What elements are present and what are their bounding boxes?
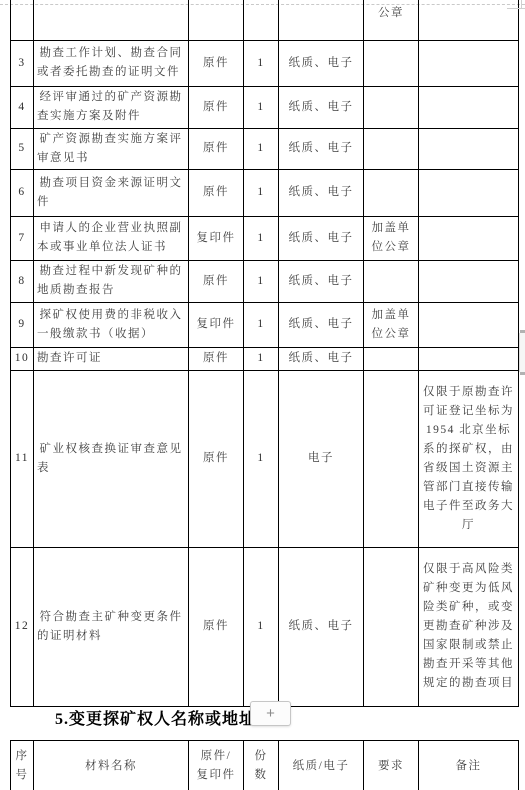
cell-material-name: 勘查过程中新发现矿种的地质勘查报告 [34, 260, 189, 302]
cell-material-name: 勘查工作计划、勘查合同或者委托勘查的证明文件 [34, 40, 189, 86]
cell-no: 10 [11, 347, 34, 370]
cell-original-or-copy: 复印件 [189, 216, 244, 260]
cell-requirement [364, 169, 419, 216]
table-row: 3 勘查工作计划、勘查合同或者委托勘查的证明文件 原件 1 纸质、电子 [11, 40, 519, 86]
cell-requirement [364, 370, 419, 547]
table-row: 11 矿业权核查换证审查意见表 原件 1 电子 仅限于原勘查许可证登记坐标为 1… [11, 370, 519, 547]
cell-medium: 纸质、电子 [279, 86, 364, 128]
cell-requirement [364, 347, 419, 370]
next-section-table-header: 序 号 材料名称 原件/ 复印件 份 数 纸质/电子 要求 备注 [10, 740, 519, 790]
cell-no: 5 [11, 128, 34, 169]
cell-copies: 1 [244, 347, 279, 370]
cell-material-name: 申请人的企业营业执照副本或事业单位法人证书 [34, 216, 189, 260]
cell-requirement [364, 547, 419, 706]
table-row: 10 勘查许可证 原件 1 纸质、电子 [11, 347, 519, 370]
cell-medium: 电子 [279, 370, 364, 547]
cell-original-or-copy: 原件 [189, 40, 244, 86]
cell-copies: 1 [244, 86, 279, 128]
cell-requirement: 公章 [364, 0, 419, 40]
table-row-continuation: 公章 [11, 0, 519, 40]
cell-copies: 1 [244, 260, 279, 302]
table-row: 6 勘查项目资金来源证明文件 原件 1 纸质、电子 [11, 169, 519, 216]
table-row: 8 勘查过程中新发现矿种的地质勘查报告 原件 1 纸质、电子 [11, 260, 519, 302]
cell-original-or-copy: 原件 [189, 169, 244, 216]
cell-requirement [364, 40, 419, 86]
cell-requirement [364, 86, 419, 128]
cell-remark [419, 0, 519, 40]
cell-remark [419, 347, 519, 370]
insert-row-plus-button[interactable]: + [250, 701, 291, 726]
cell-remark [419, 86, 519, 128]
cell-requirement [364, 128, 419, 169]
cell-material-name: 符合勘查主矿种变更条件的证明材料 [34, 547, 189, 706]
cell-no: 3 [11, 40, 34, 86]
cell-copies: 1 [244, 547, 279, 706]
cell-remark [419, 260, 519, 302]
cell-no: 12 [11, 547, 34, 706]
cell-material-name: 勘查许可证 [34, 347, 189, 370]
cell-original-or-copy: 原件 [189, 128, 244, 169]
cell-remark [419, 302, 519, 347]
scroll-area-corner-line-vertical [521, 0, 522, 8]
header-cell-requirement: 要求 [364, 741, 419, 790]
cell-remark [419, 216, 519, 260]
header-cell-material-name: 材料名称 [34, 741, 189, 790]
table-row: 9 探矿权使用费的非税收入一般缴款书（收据） 复印件 1 纸质、电子 加盖单位公… [11, 302, 519, 347]
cell-original-or-copy: 原件 [189, 347, 244, 370]
cell-medium: 纸质、电子 [279, 302, 364, 347]
cell-material-name: 矿业权核查换证审查意见表 [34, 370, 189, 547]
cell-no [11, 0, 34, 40]
cell-no: 6 [11, 169, 34, 216]
materials-table: 公章 3 勘查工作计划、勘查合同或者委托勘查的证明文件 原件 1 纸质、电子 4… [10, 0, 519, 707]
cell-no: 7 [11, 216, 34, 260]
table-row: 4 经评审通过的矿产资源勘查实施方案及附件 原件 1 纸质、电子 [11, 86, 519, 128]
cell-medium: 纸质、电子 [279, 128, 364, 169]
cell-no: 4 [11, 86, 34, 128]
cell-medium: 纸质、电子 [279, 260, 364, 302]
cell-no: 8 [11, 260, 34, 302]
cell-original-or-copy: 复印件 [189, 302, 244, 347]
cell-copies: 1 [244, 169, 279, 216]
cell-copies: 1 [244, 216, 279, 260]
cell-medium: 纸质、电子 [279, 169, 364, 216]
scrollbar-thumb[interactable] [519, 333, 525, 372]
cell-medium: 纸质、电子 [279, 547, 364, 706]
table-row: 12 符合勘查主矿种变更条件的证明材料 原件 1 纸质、电子 仅限于高风险类矿种… [11, 547, 519, 706]
cell-remark: 仅限于原勘查许可证登记坐标为 1954 北京坐标系的探矿权，由省级国土资源主管部… [419, 370, 519, 547]
header-cell-original-or-copy: 原件/ 复印件 [189, 741, 244, 790]
header-cell-medium: 纸质/电子 [279, 741, 364, 790]
cell-no: 9 [11, 302, 34, 347]
cell-copies: 1 [244, 128, 279, 169]
cell-original-or-copy [189, 0, 244, 40]
scrollbar-thumb-bottom-cap [520, 372, 525, 375]
cell-original-or-copy: 原件 [189, 86, 244, 128]
header-cell-no: 序 号 [11, 741, 34, 790]
cell-material-name [34, 0, 189, 40]
cell-remark: 仅限于高风险类矿种变更为低风险类矿种，或变更勘查矿种涉及国家限制或禁止勘查开采等… [419, 547, 519, 706]
cell-copies [244, 0, 279, 40]
header-cell-remark: 备注 [419, 741, 519, 790]
cell-requirement [364, 260, 419, 302]
scroll-area-corner-line [507, 8, 525, 9]
cell-original-or-copy: 原件 [189, 370, 244, 547]
header-row: 序 号 材料名称 原件/ 复印件 份 数 纸质/电子 要求 备注 [11, 741, 519, 790]
table-row: 7 申请人的企业营业执照副本或事业单位法人证书 复印件 1 纸质、电子 加盖单位… [11, 216, 519, 260]
cell-copies: 1 [244, 302, 279, 347]
cell-material-name: 勘查项目资金来源证明文件 [34, 169, 189, 216]
section-5-heading: 5.变更探矿权人名称或地址 [55, 706, 256, 729]
cell-requirement: 加盖单位公章 [364, 216, 419, 260]
cell-medium: 纸质、电子 [279, 347, 364, 370]
cell-material-name: 探矿权使用费的非税收入一般缴款书（收据） [34, 302, 189, 347]
cell-copies: 1 [244, 370, 279, 547]
cell-no: 11 [11, 370, 34, 547]
table-row: 5 矿产资源勘查实施方案评审意见书 原件 1 纸质、电子 [11, 128, 519, 169]
cell-original-or-copy: 原件 [189, 260, 244, 302]
cell-medium: 纸质、电子 [279, 40, 364, 86]
header-cell-copies: 份 数 [244, 741, 279, 790]
cell-remark [419, 40, 519, 86]
cell-material-name: 矿产资源勘查实施方案评审意见书 [34, 128, 189, 169]
cell-copies: 1 [244, 40, 279, 86]
cell-medium [279, 0, 364, 40]
cell-remark [419, 128, 519, 169]
cell-medium: 纸质、电子 [279, 216, 364, 260]
cell-material-name: 经评审通过的矿产资源勘查实施方案及附件 [34, 86, 189, 128]
cell-original-or-copy: 原件 [189, 547, 244, 706]
cell-remark [419, 169, 519, 216]
cell-requirement: 加盖单位公章 [364, 302, 419, 347]
